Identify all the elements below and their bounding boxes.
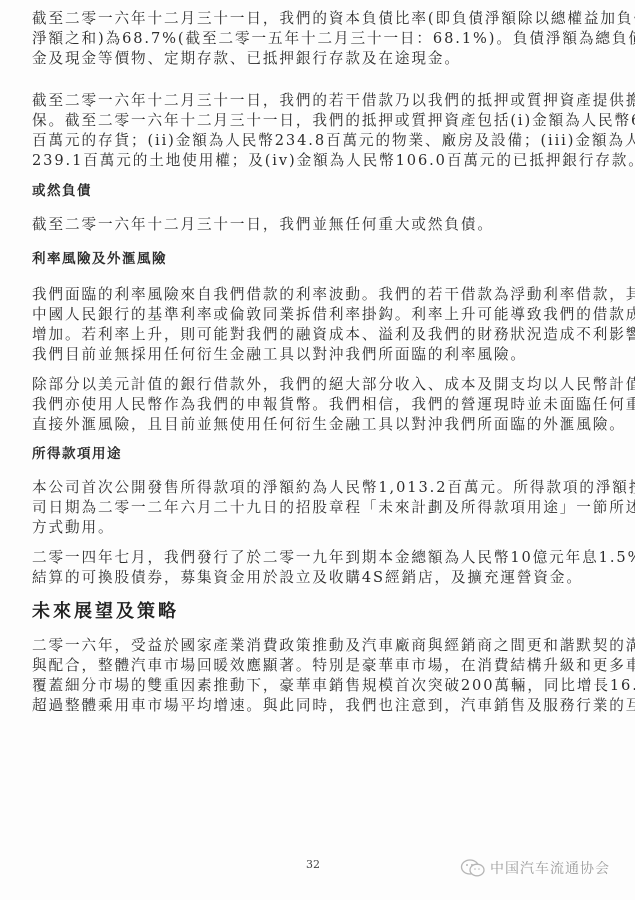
subheading-use-of-proceeds: 所得款項用途 — [32, 444, 606, 464]
paragraph-ipo-proceeds: 本公司首次公開發售所得款項的淨額約為人民幣1,013.2百萬元。所得款項的淨額按… — [32, 478, 606, 538]
section-subheading: 利率風險及外滙風險 — [32, 249, 606, 269]
text-line: 覆蓋細分市場的雙重因素推動下，豪華車銷售規模首次突破200萬輛，同比增長16.3… — [32, 676, 606, 696]
paragraph-gearing-ratio: 截至二零一六年十二月三十一日，我們的資本負債比率(即負債淨額除以總權益加負債 淨… — [32, 9, 606, 69]
watermark: 中国汽车流通协会 — [460, 858, 610, 878]
text-line: 我們目前並無採用任何衍生金融工具以對沖我們所面臨的利率風險。 — [32, 345, 606, 365]
section-subheading: 所得款項用途 — [32, 444, 606, 464]
text-line: 本公司首次公開發售所得款項的淨額約為人民幣1,013.2百萬元。所得款項的淨額按… — [32, 478, 606, 498]
section-subheading: 或然負債 — [32, 181, 606, 201]
text-line: 二零一四年七月，我們發行了於二零一九年到期本金總額為人民幣10億元年息1.5%美… — [32, 548, 606, 568]
text-line: 截至二零一六年十二月三十一日，我們的若干借款乃以我們的抵押或質押資產提供擔 — [32, 91, 606, 111]
subheading-interest-fx-risk: 利率風險及外滙風險 — [32, 249, 606, 269]
subheading-contingent-liabilities: 或然負債 — [32, 181, 606, 201]
text-line: 司日期為二零一二年六月二十九日的招股章程「未來計劃及所得款項用途」一節所述之 — [32, 498, 606, 518]
text-line: 與配合，整體汽車市場回暖效應顯著。特別是豪華車市場，在消費結構升級和更多車型 — [32, 656, 606, 676]
text-line: 保。截至二零一六年十二月三十一日，我們的抵押或質押資產包括(i)金額為人民幣67… — [32, 111, 606, 131]
text-line: 截至二零一六年十二月三十一日，我們並無任何重大或然負債。 — [32, 215, 606, 235]
text-line: 結算的可換股債券，募集資金用於設立及收購4S經銷店，及擴充運營資金。 — [32, 568, 606, 588]
paragraph-fx-risk: 除部分以美元計值的銀行借款外，我們的絕大部分收入、成本及開支均以人民幣計值。 我… — [32, 375, 606, 435]
document-page: 截至二零一六年十二月三十一日，我們的資本負債比率(即負債淨額除以總權益加負債 淨… — [0, 0, 635, 900]
text-line: 中國人民銀行的基準利率或倫敦同業拆借利率掛鈎。利率上升可能導致我們的借款成本 — [32, 305, 606, 325]
paragraph-interest-rate-risk: 我們面臨的利率風險來自我們借款的利率波動。我們的若干借款為浮動利率借款，其與 中… — [32, 285, 606, 365]
text-line: 方式動用。 — [32, 518, 606, 538]
watermark-text: 中国汽车流通协会 — [490, 858, 610, 878]
text-line: 二零一六年，受益於國家產業消費政策推動及汽車廠商與經銷商之間更和諧默契的溝通 — [32, 636, 606, 656]
text-line: 百萬元的存貨；(ii)金額為人民幣234.8百萬元的物業、廠房及設備；(iii)… — [32, 131, 606, 151]
paragraph-outlook: 二零一六年，受益於國家產業消費政策推動及汽車廠商與經銷商之間更和諧默契的溝通 與… — [32, 636, 606, 716]
text-line: 我們面臨的利率風險來自我們借款的利率波動。我們的若干借款為浮動利率借款，其與 — [32, 285, 606, 305]
text-line: 淨額之和)為68.7%(截至二零一五年十二月三十一日：68.1%)。負債淨額為總… — [32, 29, 606, 49]
wechat-icon — [460, 858, 486, 878]
heading-outlook-strategy: 未來展望及策略 — [32, 600, 606, 624]
section-heading: 未來展望及策略 — [32, 600, 606, 624]
text-line: 截至二零一六年十二月三十一日，我們的資本負債比率(即負債淨額除以總權益加負債 — [32, 9, 606, 29]
paragraph-contingent-liabilities: 截至二零一六年十二月三十一日，我們並無任何重大或然負債。 — [32, 215, 606, 235]
text-line: 金及現金等價物、定期存款、已抵押銀行存款及在途現金。 — [32, 49, 606, 69]
text-line: 除部分以美元計值的銀行借款外，我們的絕大部分收入、成本及開支均以人民幣計值。 — [32, 375, 606, 395]
text-line: 我們亦使用人民幣作為我們的申報貨幣。我們相信，我們的營運現時並未面臨任何重大 — [32, 395, 606, 415]
paragraph-convertible-bonds: 二零一四年七月，我們發行了於二零一九年到期本金總額為人民幣10億元年息1.5%美… — [32, 548, 606, 588]
text-line: 增加。若利率上升，則可能對我們的融資成本、溢利及我們的財務狀況造成不利影響。 — [32, 325, 606, 345]
text-line: 超過整體乘用車市場平均增速。與此同時，我們也注意到，汽車銷售及服務行業的互聯 — [32, 696, 606, 716]
text-line: 239.1百萬元的土地使用權；及(iv)金額為人民幣106.0百萬元的已抵押銀行… — [32, 151, 606, 171]
paragraph-pledged-assets: 截至二零一六年十二月三十一日，我們的若干借款乃以我們的抵押或質押資產提供擔 保。… — [32, 91, 606, 171]
text-line: 直接外滙風險，且目前並無使用任何衍生金融工具以對沖我們所面臨的外滙風險。 — [32, 415, 606, 435]
page-number: 32 — [306, 858, 320, 871]
